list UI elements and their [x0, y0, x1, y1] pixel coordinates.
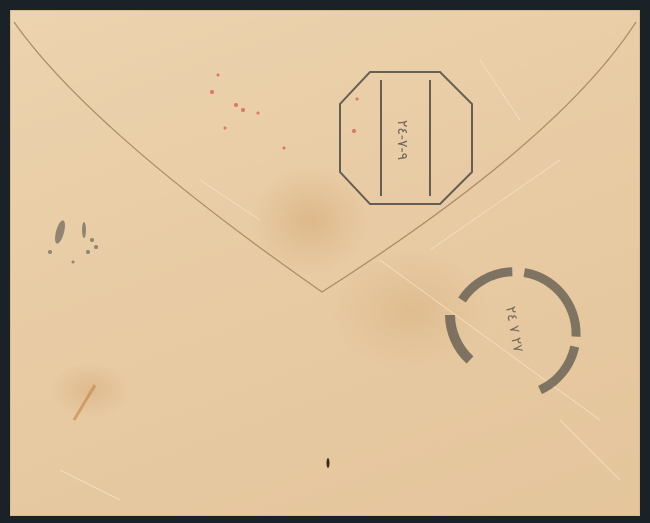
octagonal-postmark-text: ٩-٧-٢٤ [394, 120, 410, 160]
circular-postmark-text: ٢٧ ٧ ٢٤ [502, 305, 526, 354]
stain-mark [74, 385, 95, 420]
red-ink-marks [210, 74, 359, 150]
flap-fold-line [14, 22, 636, 292]
dark-fleck [327, 458, 330, 468]
envelope-details: ٩-٧-٢٤ ٢٧ ٧ ٢٤ [0, 0, 650, 523]
left-smudge-postmark [48, 219, 98, 263]
